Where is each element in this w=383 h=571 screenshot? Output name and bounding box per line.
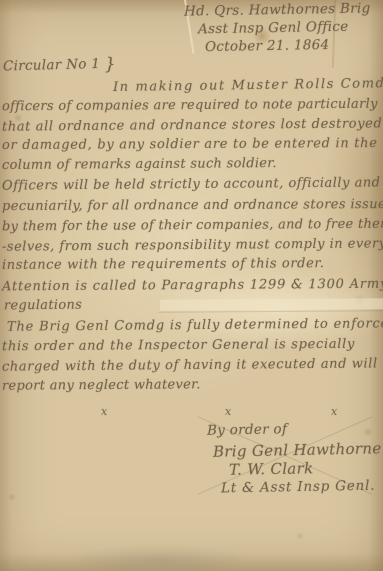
x-mark: x xyxy=(101,406,108,417)
body-line: charged with the duty of having it execu… xyxy=(2,357,378,373)
body-line: by them for the use of their companies, … xyxy=(2,218,383,234)
body-line: The Brig Genl Comdg is fully determined … xyxy=(7,317,383,333)
paper-crease xyxy=(160,298,383,311)
body-line: instance with the requirements of this o… xyxy=(2,257,325,272)
circular-label: Circular No 1 xyxy=(3,56,101,75)
heading-line: Hd. Qrs. Hawthornes Brig xyxy=(184,2,371,19)
circular-number: Circular No 1 } xyxy=(3,57,116,77)
body-line: this order and the Inspector General is … xyxy=(2,338,355,353)
body-line: In making out Muster Rolls Comdg xyxy=(113,77,383,94)
signer-title-line: Lt & Asst Insp Genl. xyxy=(221,480,375,496)
heading-line: Asst Insp Genl Office xyxy=(198,21,349,37)
body-line: regulations xyxy=(4,299,82,313)
body-line: Officers will be held strictly to accoun… xyxy=(2,176,381,192)
body-line: or damaged, by any soldier are to be ent… xyxy=(2,137,378,152)
x-mark: x xyxy=(331,406,338,417)
x-mark: x xyxy=(225,406,232,417)
body-line: column of remarks against such soldier. xyxy=(2,157,277,172)
body-line: report any neglect whatever. xyxy=(2,378,201,392)
body-line: pecuniarily, for all ordnance and ordnan… xyxy=(2,198,383,213)
paper-crease xyxy=(158,310,383,313)
body-line: Attention is called to Paragraphs 1299 &… xyxy=(2,278,383,294)
body-line: -selves, from such responsibility must c… xyxy=(2,237,383,253)
commander-name: Brig Genl Hawthorne xyxy=(213,441,382,460)
body-line: that all ordnance and ordnance stores lo… xyxy=(2,117,382,133)
brace-mark: } xyxy=(104,55,116,75)
by-order-line: By order of xyxy=(207,423,287,438)
document-page: Hd. Qrs. Hawthornes Brig Asst Insp Genl … xyxy=(0,0,383,571)
body-line: officers of companies are required to no… xyxy=(2,98,378,114)
date-line: October 21. 1864 xyxy=(204,39,329,55)
signature-name: T. W. Clark xyxy=(229,461,314,477)
